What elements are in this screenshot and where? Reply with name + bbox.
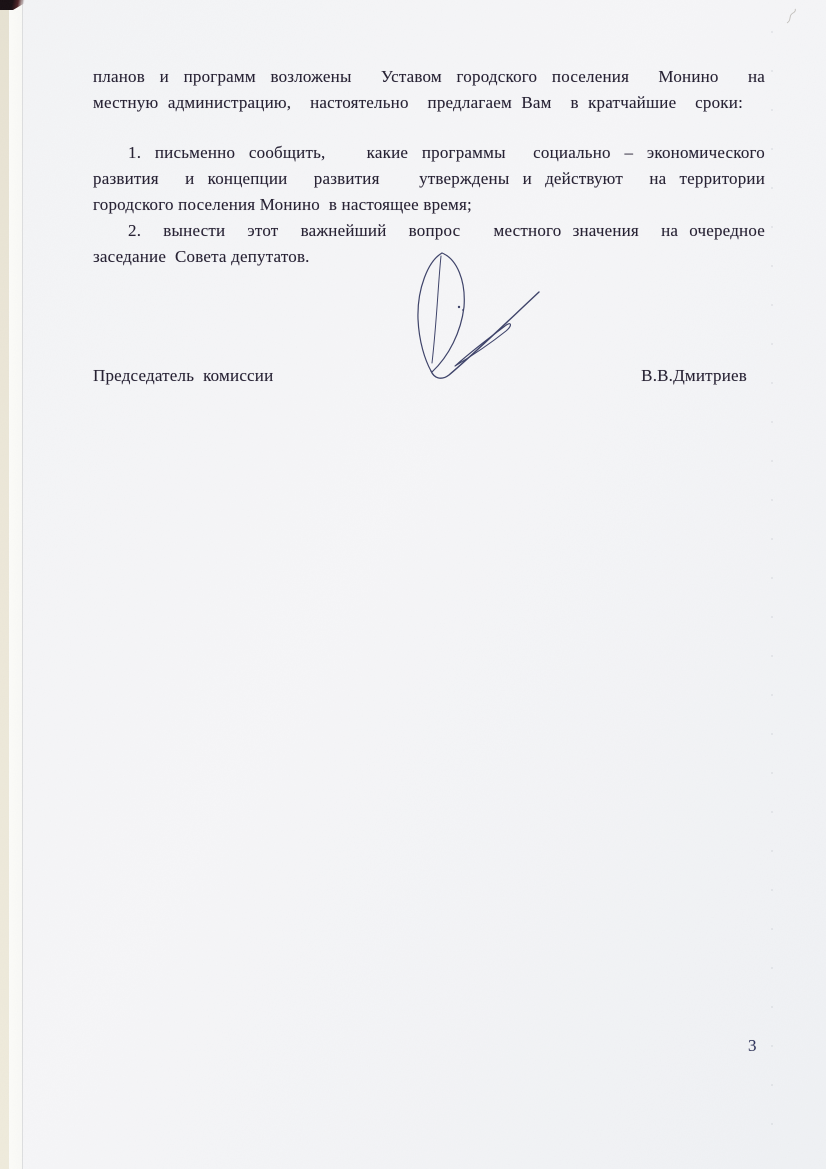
scan-speck bbox=[784, 8, 798, 26]
body-line: планов и программ возложены Уставом горо… bbox=[93, 64, 765, 90]
closing-name: В.В.Дмитриев bbox=[641, 365, 765, 387]
closing-row: Председатель комиссии В.В.Дмитриев bbox=[93, 365, 765, 387]
page-number: 3 bbox=[748, 1036, 757, 1056]
list-item-1-line: развития и концепции развития утверждены… bbox=[93, 166, 765, 192]
list-item-1-line: 1. письменно сообщить, какие программы с… bbox=[93, 140, 765, 166]
scanner-edge-strip bbox=[0, 0, 9, 1169]
list-item-1-line: городского поселения Монино в настоящее … bbox=[93, 192, 765, 218]
scan-corner-artifact bbox=[0, 0, 30, 10]
paper-edge-highlight bbox=[9, 0, 23, 1169]
perforation-marks bbox=[768, 26, 776, 1136]
body-line: местную администрацию, настоятельно пред… bbox=[93, 90, 765, 116]
list-item-2-line: 2. вынести этот важнейший вопрос местног… bbox=[93, 218, 765, 244]
handwritten-signature bbox=[398, 247, 548, 382]
scanned-letter-page: планов и программ возложены Уставом горо… bbox=[0, 0, 826, 1169]
closing-title: Председатель комиссии bbox=[93, 365, 273, 387]
letter-body: планов и программ возложены Уставом горо… bbox=[93, 64, 765, 270]
